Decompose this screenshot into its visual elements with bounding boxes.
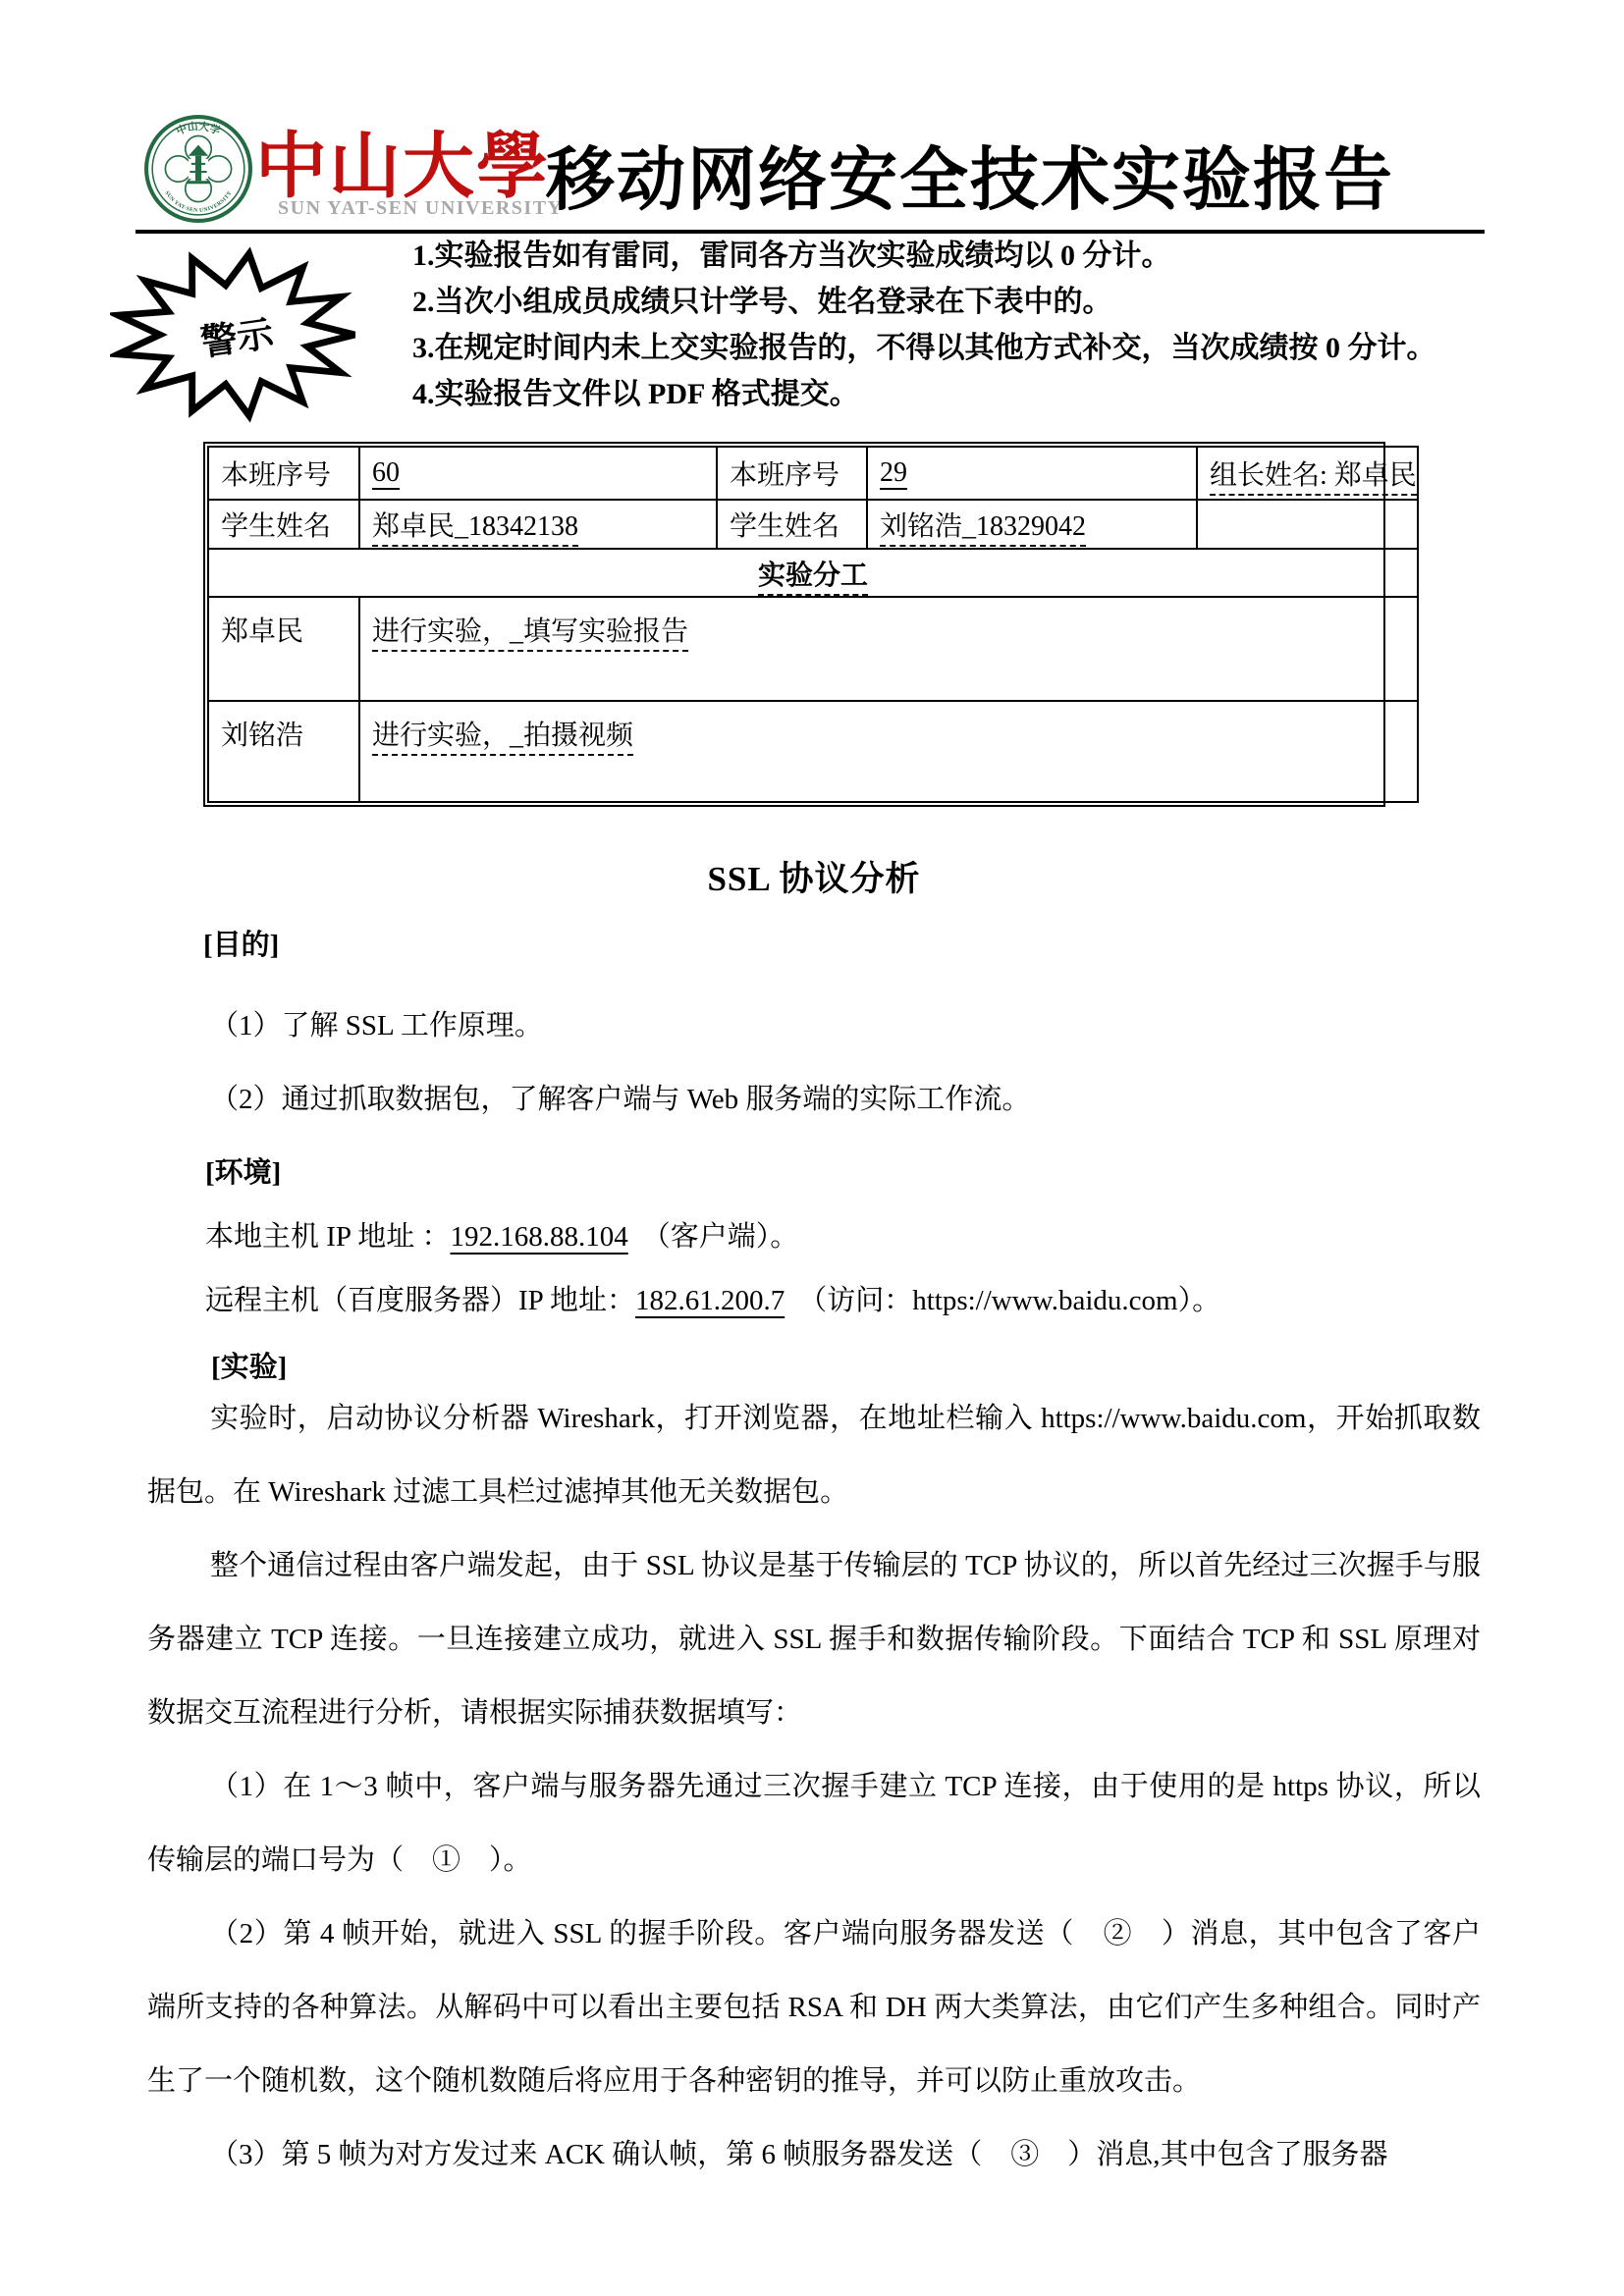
table-row: 郑卓民 进行实验，_填写实验报告 <box>208 597 1418 701</box>
local-host-prefix: 本地主机 IP 地址 ： <box>205 1221 450 1253</box>
warning-badge-label: 警示 <box>98 227 374 443</box>
warning-item: 1.实验报告如有雷同，雷同各方当次实验成绩均以 0 分计。 <box>412 233 1502 279</box>
paragraph: （2）第 4 帧开始，就进入 SSL 的握手阶段。客户端向服务器发送（ ② ）消… <box>147 1897 1481 2118</box>
local-host-suffix: （客户端）。 <box>642 1221 799 1253</box>
sysu-seal-icon: 中山大学 SUN YAT-SEN UNIVERSITY <box>143 114 253 224</box>
purpose-item: （1）了解 SSL 工作原理。 <box>210 1003 543 1043</box>
member-name: 郑卓民 <box>208 597 359 701</box>
seq-value-2: 29 <box>867 447 1197 500</box>
student-info-table: 本班序号 60 本班序号 29 组长姓名: 郑卓民 学生姓名 郑卓民_18342… <box>203 442 1385 807</box>
purpose-header: [目的] <box>203 923 279 963</box>
table-row: 刘铭浩 进行实验，_拍摄视频 <box>208 701 1418 802</box>
seq-label-2: 本班序号 <box>717 447 867 500</box>
environment-header: [环境] <box>205 1150 281 1191</box>
seq-value-1: 60 <box>359 447 717 500</box>
paragraph: （3）第 5 帧为对方发过来 ACK 确认帧，第 6 帧服务器发送（ ③ ）消息… <box>147 2118 1481 2192</box>
warning-badge: 警示 <box>110 243 363 426</box>
warning-item: 3.在规定时间内未上交实验报告的，不得以其他方式补交，当次成绩按 0 分计。 <box>412 325 1502 371</box>
experiment-header: [实验] <box>211 1345 287 1385</box>
remote-host-prefix: 远程主机（百度服务器）IP 地址： <box>205 1285 635 1316</box>
table-row: 学生姓名 郑卓民_18342138 学生姓名 刘铭浩_18329042 <box>208 500 1418 549</box>
student-name-2: 刘铭浩_18329042 <box>867 500 1197 549</box>
purpose-item: （2）通过抓取数据包，了解客户端与 Web 服务端的实际工作流。 <box>210 1077 1030 1117</box>
remote-host-suffix: （访问：https://www.baidu.com）。 <box>798 1285 1220 1316</box>
experiment-text: 实验时，启动协议分析器 Wireshark，打开浏览器，在地址栏输入 https… <box>147 1382 1481 2192</box>
warning-list: 1.实验报告如有雷同，雷同各方当次实验成绩均以 0 分计。 2.当次小组成员成绩… <box>412 233 1502 417</box>
empty-cell <box>1197 500 1418 549</box>
university-name-en: SUN YAT-SEN UNIVERSITY <box>278 197 564 220</box>
paragraph: 实验时，启动协议分析器 Wireshark，打开浏览器，在地址栏输入 https… <box>147 1382 1481 1529</box>
member-name: 刘铭浩 <box>208 701 359 802</box>
student-name-1: 郑卓民_18342138 <box>359 500 717 549</box>
table-row: 本班序号 60 本班序号 29 组长姓名: 郑卓民 <box>208 447 1418 500</box>
report-page: 中山大学 SUN YAT-SEN UNIVERSITY 中山大學 SUN YAT… <box>0 0 1624 2296</box>
student-name-label-2: 学生姓名 <box>717 500 867 549</box>
remote-host-line: 远程主机（百度服务器）IP 地址：182.61.200.7（访问：https:/… <box>205 1278 1220 1318</box>
doc-title: SSL 协议分析 <box>147 852 1481 901</box>
member-task: 进行实验，_拍摄视频 <box>359 701 1418 802</box>
seq-label-1: 本班序号 <box>208 447 359 500</box>
warning-item: 4.实验报告文件以 PDF 格式提交。 <box>412 371 1502 417</box>
table-row: 实验分工 <box>208 549 1418 597</box>
leader-name: 组长姓名: 郑卓民 <box>1197 447 1418 500</box>
remote-host-ip: 182.61.200.7 <box>635 1285 798 1316</box>
local-host-ip: 192.168.88.104 <box>450 1221 641 1253</box>
student-name-label-1: 学生姓名 <box>208 500 359 549</box>
division-title-cell: 实验分工 <box>208 549 1418 597</box>
local-host-line: 本地主机 IP 地址 ：192.168.88.104（客户端）。 <box>205 1214 798 1255</box>
paragraph: 整个通信过程由客户端发起，由于 SSL 协议是基于传输层的 TCP 协议的，所以… <box>147 1529 1481 1750</box>
member-task: 进行实验，_填写实验报告 <box>359 597 1418 701</box>
warning-item: 2.当次小组成员成绩只计学号、姓名登录在下表中的。 <box>412 279 1502 325</box>
paragraph: （1）在 1～3 帧中，客户端与服务器先通过三次握手建立 TCP 连接，由于使用… <box>147 1750 1481 1897</box>
university-name-cn: 中山大學 <box>255 108 550 211</box>
report-title: 移动网络安全技术实验报告 <box>546 125 1394 224</box>
